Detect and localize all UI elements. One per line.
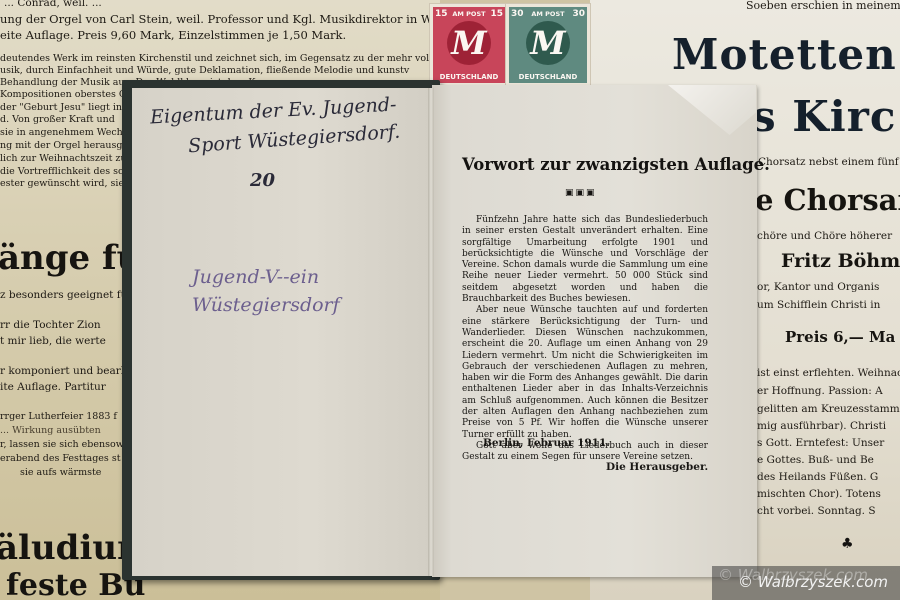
right-doc-author: Fritz Böhme <box>781 250 900 272</box>
ornament-squares-icon: ▣▣▣ <box>565 188 597 198</box>
stamp-footer: DEUTSCHLAND <box>433 73 505 81</box>
left-doc-line: t mir lieb, die werte <box>0 335 106 348</box>
right-doc-line: er Hoffnung. Passion: A <box>757 385 883 398</box>
stamp-m-letter-icon: M <box>526 21 570 65</box>
postage-stamp-30: 30 AM POST 30 M DEUTSCHLAND <box>506 4 590 86</box>
right-doc-line: ist einst erflehten. Weihnac <box>757 367 900 380</box>
stamp-value: 30 <box>572 9 585 19</box>
right-doc-line: cht vorbei. Sonntag. S <box>757 505 876 518</box>
left-doc-line: ester gewünscht wird, sieh <box>0 177 130 190</box>
left-doc-line: erabend des Festtages st <box>0 452 121 465</box>
right-doc-price: Preis 6,— Ma <box>785 328 895 346</box>
right-doc-line: um Schifflein Christi in <box>757 299 880 312</box>
left-doc-line: rrger Lutherfeier 1883 f <box>0 410 117 423</box>
book-left-page <box>132 88 432 576</box>
right-doc-line: des Heilands Füßen. G <box>757 471 878 484</box>
left-doc-line: sie aufs wärmste <box>20 466 101 479</box>
book-gutter <box>428 88 434 576</box>
postage-stamp-15: 15 AM POST 15 M DEUTSCHLAND <box>430 4 508 86</box>
preface-paragraph: Fünfzehn Jahre hatte sich das Bundeslied… <box>462 215 708 305</box>
right-doc-line: Chorsatz nebst einem fünf <box>758 156 899 169</box>
handwritten-number: 20 <box>250 170 275 191</box>
preface-paragraph: Aber neue Wünsche tauchten auf und forde… <box>462 305 708 441</box>
left-doc-line: Kompositionen oberstes Geb <box>0 88 138 101</box>
ink-stamp-line: Jugend-V--ein <box>192 266 319 288</box>
left-doc-line: r komponiert und bearb <box>0 365 127 378</box>
stamp-footer: DEUTSCHLAND <box>509 73 587 81</box>
stamp-value: 15 <box>490 9 503 19</box>
preface-body: Fünfzehn Jahre hatte sich das Bundeslied… <box>462 215 708 464</box>
left-doc-line: sie in angenehmem Wechs <box>0 126 128 139</box>
left-doc-line: ung der Orgel von Carl Stein, weil. Prof… <box>0 13 467 26</box>
left-doc-line: ng mit der Orgel herausg <box>0 139 122 152</box>
right-doc-line: mig ausführbar). Christi <box>757 420 886 433</box>
left-doc-line: z besonders geeignet fü <box>0 289 127 302</box>
watermark-text: © Walbrzyszek.com <box>738 573 888 591</box>
left-doc-line: ... Conrad, weil. ... <box>4 0 102 10</box>
left-doc-line: ... Wirkung ausübten <box>0 424 101 437</box>
right-doc-line: chöre und Chöre höherer <box>757 230 892 243</box>
ink-stamp-line: Wüstegiersdorf <box>192 294 340 316</box>
right-doc-line: mischten Chor). Totens <box>757 488 881 501</box>
left-doc-line: r, lassen sie sich ebensow <box>0 438 124 451</box>
right-doc-line: gelitten am Kreuzesstamm. <box>757 403 900 416</box>
left-doc-line: lich zur Weihnachtszeit zu <box>0 152 127 165</box>
right-doc-heading: Motetten <box>672 30 897 79</box>
club-ornament-icon: ♣ <box>841 536 854 552</box>
left-doc-line: d. Von großer Kraft und <box>0 113 115 126</box>
right-doc-line: e Gottes. Buß- und Be <box>757 454 874 467</box>
preface-place-date: Berlin, Februar 1911. <box>483 437 610 449</box>
left-doc-heading: äludiun <box>0 528 142 568</box>
right-doc-line: Soeben erschien in meinem Ve <box>746 0 900 12</box>
left-doc-line: eite Auflage. Preis 9,60 Mark, Einzelsti… <box>0 29 346 42</box>
right-doc-heading: e Chorsam <box>755 183 900 217</box>
right-doc-line: or, Kantor und Organis <box>757 281 879 294</box>
stamp-m-letter-icon: M <box>447 21 491 65</box>
preface-title: Vorwort zur zwanzigsten Auflage. <box>462 155 770 174</box>
preface-signature: Die Herausgeber. <box>606 461 708 473</box>
left-doc-line: rr die Tochter Zion <box>0 319 101 332</box>
right-doc-heading: s Kirc <box>752 92 896 141</box>
left-doc-line: ite Auflage. Partitur <box>0 381 106 394</box>
right-doc-line: s Gott. Erntefest: Unser <box>757 437 884 450</box>
left-doc-heading: änge fü <box>0 238 141 278</box>
